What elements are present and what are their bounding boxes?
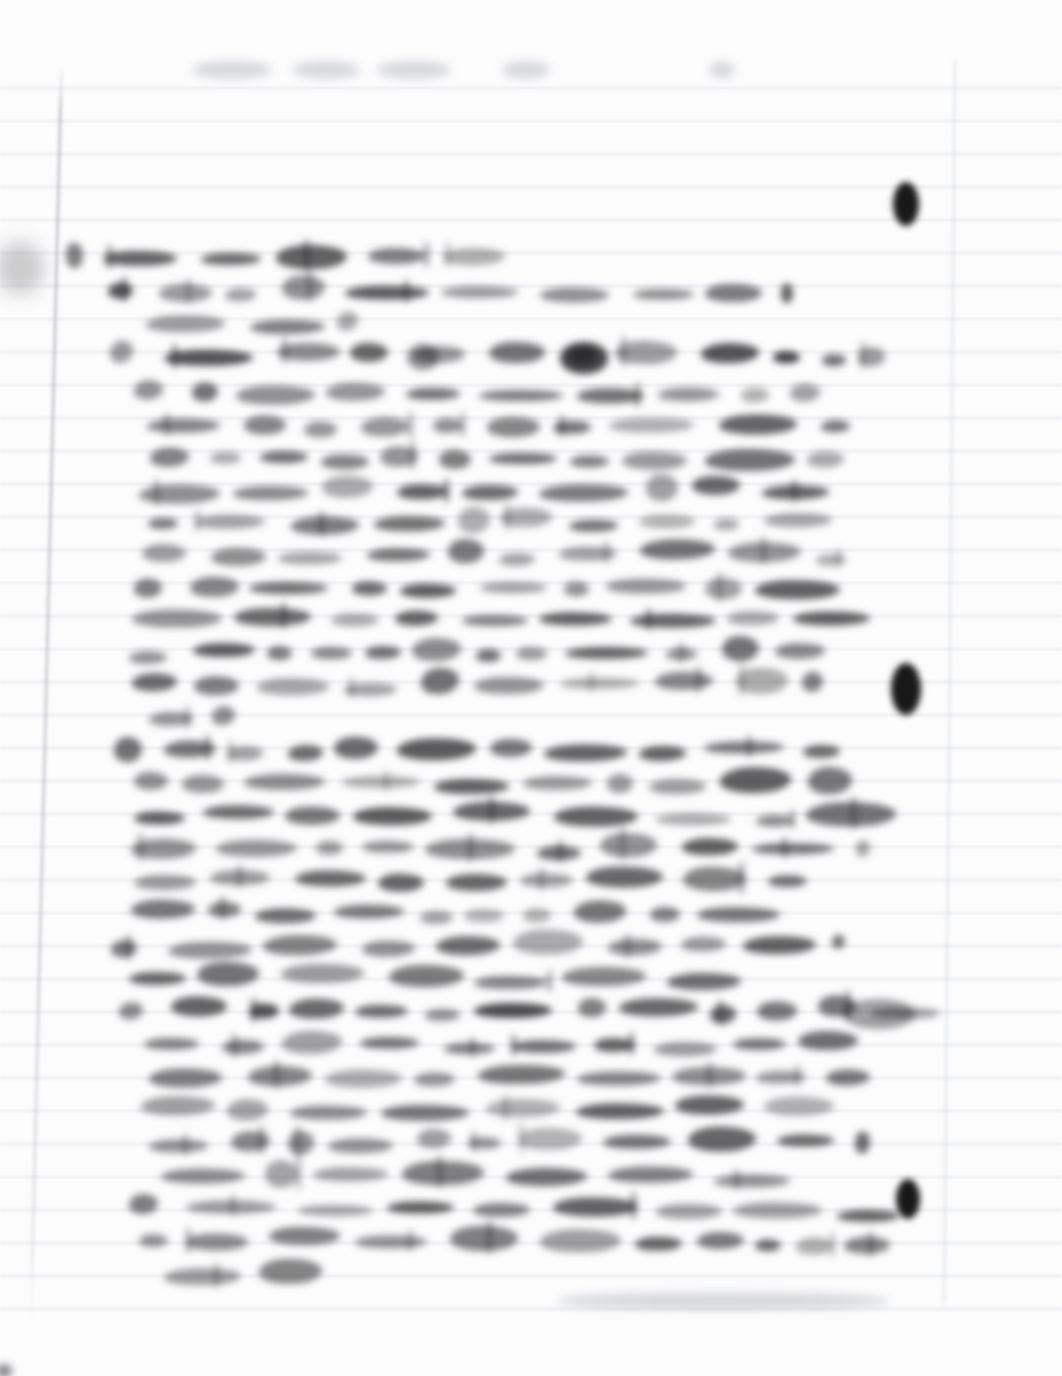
- scan-artifacts: [0, 0, 1062, 1376]
- scan-page: [0, 0, 1062, 1376]
- binder-hole-mark: [893, 182, 919, 226]
- binder-hole-mark: [891, 663, 921, 715]
- binder-hole-mark: [896, 1179, 920, 1219]
- scan-smudge: [0, 242, 44, 294]
- scan-smudge: [0, 1364, 12, 1376]
